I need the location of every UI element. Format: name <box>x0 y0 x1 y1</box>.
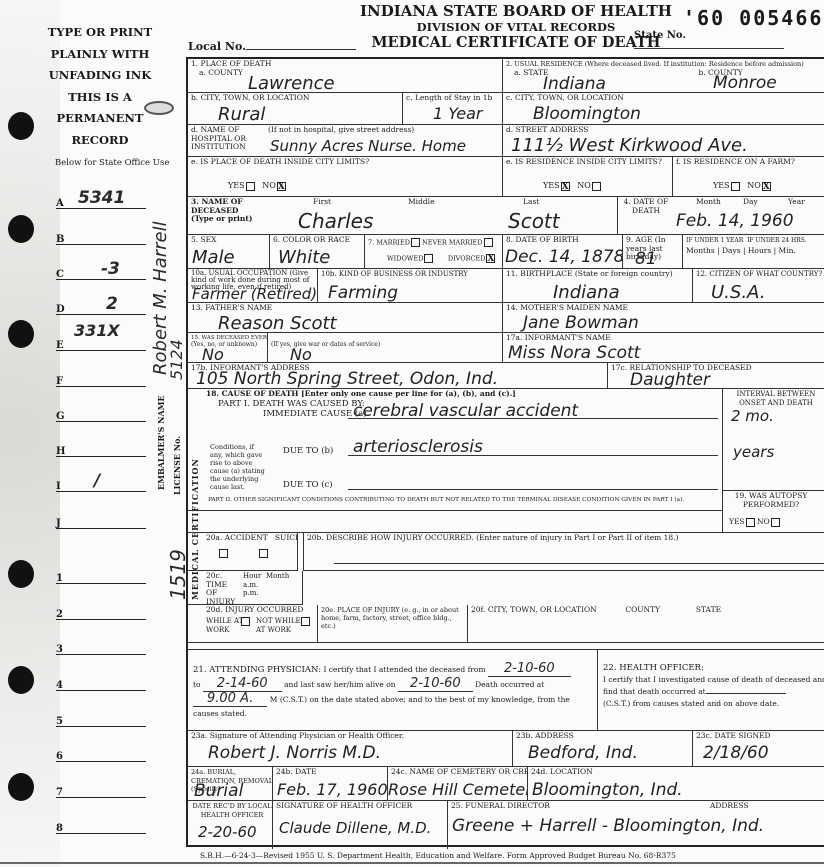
instruction-line: UNFADING INK <box>45 65 155 87</box>
punch-hole <box>8 773 34 801</box>
code-key: 2 <box>56 609 63 620</box>
punch-hole <box>8 666 34 694</box>
due-to-b-value[interactable]: arteriosclerosis <box>353 437 483 457</box>
instruction-line: PLAINLY WITH <box>45 44 155 66</box>
date-of-birth-value: Dec. 14, 1878 <box>505 247 623 267</box>
residence-street-value: 111½ West Kirkwood Ave. <box>511 135 748 156</box>
place-inside-city-no-checkbox[interactable]: X <box>277 182 286 191</box>
date-of-death-value: Feb. 14, 1960 <box>676 211 794 231</box>
residence-street-cell[interactable]: d. STREET ADDRESS 111½ West Kirkwood Ave… <box>503 125 824 157</box>
residence-farm-cell: f. IS RESIDENCE ON A FARM? YES NOX <box>673 157 824 197</box>
interval-b-value: years <box>733 443 774 461</box>
instruction-line: THIS IS A <box>45 87 155 109</box>
residence-state-value: Indiana <box>543 74 606 93</box>
hospital-value: Sunny Acres Nurse. Home <box>270 137 466 155</box>
burial-location-cell[interactable]: 24d. LOCATION Bloomington, Ind. <box>528 767 824 801</box>
number-line-4[interactable]: 4 <box>56 677 146 691</box>
date-of-birth-cell[interactable]: 8. DATE OF BIRTH Dec. 14, 1878 <box>503 235 623 269</box>
length-of-stay-cell[interactable]: c. Length of Stay in 1b 1 Year <box>403 93 503 125</box>
code-line-b[interactable]: B <box>56 231 146 245</box>
place-county-cell[interactable]: 1. PLACE OF DEATHa. COUNTY Lawrence <box>188 59 503 93</box>
place-inside-city-yes-checkbox[interactable] <box>246 182 255 191</box>
place-inside-city-cell: e. IS PLACE OF DEATH INSIDE CITY LIMITS?… <box>188 157 503 197</box>
punch-hole <box>8 215 34 243</box>
autopsy-no-checkbox[interactable] <box>771 518 780 527</box>
autopsy-yes-checkbox[interactable] <box>746 518 755 527</box>
place-city-cell[interactable]: b. CITY, TOWN, OR LOCATION Rural <box>188 93 403 125</box>
date-signed-cell[interactable]: 23c. DATE SIGNED 2/18/60 <box>693 731 824 767</box>
code-key: E <box>56 340 64 351</box>
attended-to-value[interactable]: 2-14-60 <box>203 676 282 692</box>
physician-signature-value: Robert J. Norris M.D. <box>208 743 381 763</box>
number-line-1[interactable]: 1 <box>56 570 146 584</box>
relationship-cell[interactable]: 17c. RELATIONSHIP TO DECEASED Daughter <box>608 363 824 389</box>
certificate-number: '60 005466 <box>683 6 823 30</box>
certificate-title: MEDICAL CERTIFICATE OF DEATH <box>360 34 672 51</box>
punch-hole <box>8 112 34 140</box>
immediate-cause-value[interactable]: cerebral vascular accident <box>353 401 578 421</box>
code-key: 6 <box>56 751 63 762</box>
local-no-field[interactable]: Local No. <box>188 40 356 53</box>
informant-address-cell[interactable]: 17b. INFORMANT'S ADDRESS 105 North Sprin… <box>188 363 608 389</box>
seal-icon <box>144 101 174 115</box>
occupation-cell[interactable]: 10a. USUAL OCCUPATION (Give kind of work… <box>188 269 318 303</box>
armed-service-cell[interactable]: (If yes, give war or dates of service) N… <box>268 333 503 363</box>
code-value: 5341 <box>78 188 125 208</box>
marital-status-cell: 7. MARRIED NEVER MARRIED WIDOWED DIVORCE… <box>365 235 503 269</box>
health-officer-time-field[interactable] <box>706 693 786 694</box>
widowed-checkbox[interactable] <box>424 254 433 263</box>
injury-location-cell[interactable]: 20f. CITY, TOWN, OR LOCATION COUNTY STAT… <box>468 605 824 643</box>
residence-city-cell[interactable]: c. CITY, TOWN, OR LOCATION Bloomington <box>503 93 824 125</box>
burial-location-value: Bloomington, Ind. <box>532 780 683 800</box>
farm-yes-checkbox[interactable] <box>731 182 740 191</box>
code-key: 3 <box>56 644 63 655</box>
code-key: J <box>56 518 61 529</box>
part2-cell[interactable] <box>188 511 723 533</box>
code-key: B <box>56 234 64 245</box>
attended-from-value[interactable]: 2-10-60 <box>488 661 571 677</box>
physician-signature-cell[interactable]: 23a. Signature of Attending Physician or… <box>188 731 513 767</box>
cause-of-death-cell: 18. CAUSE OF DEATH [Enter only one cause… <box>188 389 723 511</box>
not-while-at-work-checkbox[interactable] <box>301 617 310 626</box>
burial-date-value: Feb. 17, 1960 <box>277 780 388 799</box>
health-officer-signature-value: Claude Dillene, M.D. <box>279 819 431 837</box>
sex-cell[interactable]: 5. SEX Male <box>188 235 270 269</box>
residence-city-value: Bloomington <box>533 104 641 124</box>
relationship-value: Daughter <box>630 370 710 389</box>
interval-cell[interactable]: INTERVAL BETWEEN ONSET AND DEATH 2 mo. y… <box>723 389 824 491</box>
number-line-6[interactable]: 6 <box>56 748 146 762</box>
code-key: 4 <box>56 680 63 691</box>
state-no-label: State No. <box>634 30 686 41</box>
burial-date-cell[interactable]: 24b. DATE Feb. 17, 1960 <box>273 767 388 801</box>
burial-value: Burial <box>194 781 243 801</box>
citizenship-value: U.S.A. <box>711 282 765 303</box>
injury-occurred-cell: 20d. INJURY OCCURRED WHILE AT WORK NOT W… <box>188 605 318 643</box>
number-line-2[interactable]: 2 <box>56 606 146 620</box>
injury-type-cell: 20a. ACCIDENT SUICIDE HOMICIDE <box>188 533 298 571</box>
citizenship-cell[interactable]: 12. CITIZEN OF WHAT COUNTRY? U.S.A. <box>693 269 824 303</box>
place-of-injury-cell[interactable]: 20e. PLACE OF INJURY (e. g., in or about… <box>318 605 468 643</box>
code-line-a[interactable]: A5341 <box>56 195 146 209</box>
code-line-f[interactable]: F <box>56 373 146 387</box>
last-name-value: Scott <box>508 209 560 233</box>
informant-name-value: Miss Nora Scott <box>508 343 640 363</box>
father-name-value: Reason Scott <box>218 313 337 333</box>
date-received-value: 2-20-60 <box>198 823 257 841</box>
code-key: A <box>56 198 64 209</box>
birthplace-cell[interactable]: 11. BIRTHPLACE (State or foreign country… <box>503 269 693 303</box>
attending-physician-cell: 21. ATTENDING PHYSICIAN: I certify that … <box>188 649 598 731</box>
death-time-value[interactable]: 9.00 A. <box>193 691 267 707</box>
autopsy-cell: 19. WAS AUTOPSY PERFORMED? YES NO <box>723 491 824 533</box>
instruction-line: PERMANENT <box>45 108 155 130</box>
due-to-c-field[interactable] <box>348 489 718 490</box>
code-key: 8 <box>56 823 63 834</box>
informant-address-value: 105 North Spring Street, Odon, Ind. <box>196 369 498 389</box>
length-of-stay-value: 1 Year <box>433 104 483 123</box>
interval-a-value: 2 mo. <box>731 407 774 425</box>
code-value: / <box>94 471 100 491</box>
code-key: D <box>56 304 65 315</box>
number-line-5[interactable]: 5 <box>56 713 146 727</box>
while-at-work-checkbox[interactable] <box>241 617 250 626</box>
embalmer-license: 5124 <box>167 339 186 380</box>
number-line-7[interactable]: 7 <box>56 784 146 798</box>
date-signed-value: 2/18/60 <box>703 743 769 763</box>
burial-cell[interactable]: 24a. BURIAL, CREMATION, REMOVAL (Specify… <box>188 767 273 801</box>
code-key: 5 <box>56 716 63 727</box>
code-line-e[interactable]: E331X <box>56 337 146 351</box>
code-key: I <box>56 481 61 492</box>
punch-hole <box>8 320 34 348</box>
code-key: 1 <box>56 573 63 584</box>
under-age-cell: IF UNDER 1 YEAR IF UNDER 24 HRS. Months … <box>683 235 824 269</box>
funeral-director-cell[interactable]: 25. FUNERAL DIRECTORADDRESS Greene + Har… <box>448 801 824 849</box>
industry-cell[interactable]: 10b. KIND OF BUSINESS OR INDUSTRY Farmin… <box>318 269 503 303</box>
residence-inside-city-cell: e. IS RESIDENCE INSIDE CITY LIMITS? YESX… <box>503 157 673 197</box>
local-no-label: Local No. <box>188 40 246 53</box>
age-cell[interactable]: 9. AGE (In years last birthday) 81 <box>623 235 683 269</box>
code-line-h[interactable]: H <box>56 443 146 457</box>
armed-service-value: No <box>290 345 312 363</box>
page-bottom-rule <box>0 862 824 864</box>
time-of-injury-cell[interactable]: 20c. TIME OF INJURY Hour a.m. p.m. Month <box>188 571 303 605</box>
age-value: 81 <box>635 249 657 269</box>
state-office-label: Below for State Office Use <box>55 158 169 168</box>
cemetery-value: Rose Hill Cemetery <box>388 780 528 799</box>
code-line-d[interactable]: D2 <box>56 301 146 315</box>
code-line-c[interactable]: C-3 <box>56 266 146 280</box>
license-label: LICENSE No. <box>172 436 182 495</box>
code-line-j[interactable]: J <box>56 515 146 529</box>
residence-county-value: Monroe <box>713 73 777 93</box>
first-name-value: Charles <box>298 209 373 233</box>
never-married-checkbox[interactable] <box>484 238 493 247</box>
occupation-value: Farmer (Retired) <box>192 285 317 303</box>
health-officer-cell: 22. HEALTH OFFICER: I certify that I inv… <box>598 649 824 731</box>
code-key: H <box>56 446 65 457</box>
sex-value: Male <box>192 247 235 268</box>
mother-name-cell[interactable]: 14. MOTHER'S MAIDEN NAME Jane Bowman <box>503 303 824 333</box>
certificate-form: 1. PLACE OF DEATHa. COUNTY Lawrence 2. U… <box>186 57 824 847</box>
residence-inside-city-yes-checkbox[interactable]: X <box>561 182 570 191</box>
last-saw-value[interactable]: 2-10-60 <box>398 676 473 692</box>
place-county-value: Lawrence <box>248 73 335 93</box>
date-of-death-cell[interactable]: 4. DATE OF DEATH Month Day Year Feb. 14,… <box>618 197 824 235</box>
mother-name-value: Jane Bowman <box>523 313 639 333</box>
health-officer-signature-cell[interactable]: SIGNATURE OF HEALTH OFFICER Claude Dille… <box>273 801 448 849</box>
physician-address-cell[interactable]: 23b. ADDRESS Bedford, Ind. <box>513 731 693 767</box>
birthplace-value: Indiana <box>553 282 620 303</box>
farm-no-checkbox[interactable]: X <box>762 182 771 191</box>
code-value: 2 <box>106 294 118 314</box>
accident-checkbox[interactable] <box>219 549 228 558</box>
residence-state-county-cell[interactable]: 2. USUAL RESIDENCE (Where deceased lived… <box>503 59 824 93</box>
armed-forces-cell[interactable]: 15. WAS DECEASED EVER IN U. S. ARMED FOR… <box>188 333 268 363</box>
armed-forces-value: No <box>202 345 224 363</box>
code-key: F <box>56 376 63 387</box>
hospital-cell[interactable]: d. NAME OF HOSPITAL OR INSTITUTION (If n… <box>188 125 503 157</box>
instruction-line: TYPE OR PRINT <box>45 22 155 44</box>
division-title: DIVISION OF VITAL RECORDS <box>360 20 672 34</box>
instruction-line: RECORD <box>45 130 155 152</box>
injury-describe-cell[interactable]: 20b. DESCRIBE HOW INJURY OCCURRED. (Ente… <box>303 533 824 571</box>
code-line-i[interactable]: I/ <box>56 478 146 492</box>
informant-name-cell[interactable]: 17a. INFORMANT'S NAME Miss Nora Scott <box>503 333 824 363</box>
form-footer: S.B.H.—6-24-3—Revised 1955 U. S. Departm… <box>200 851 676 860</box>
divorced-checkbox[interactable]: X <box>486 254 495 263</box>
embalmer-name-label: EMBALMER'S NAME <box>156 395 166 490</box>
father-name-cell[interactable]: 13. FATHER'S NAME Reason Scott <box>188 303 503 333</box>
instructions-block: TYPE OR PRINT PLAINLY WITH UNFADING INK … <box>45 22 155 151</box>
form-header: INDIANA STATE BOARD OF HEALTH DIVISION O… <box>360 2 672 51</box>
code-key: G <box>56 411 65 422</box>
number-line-3[interactable]: 3 <box>56 641 146 655</box>
number-line-8[interactable]: 8 <box>56 820 146 834</box>
code-value: -3 <box>101 259 120 279</box>
code-line-g[interactable]: G <box>56 408 146 422</box>
physician-address-value: Bedford, Ind. <box>528 743 638 763</box>
race-value: White <box>278 247 330 268</box>
suicide-checkbox[interactable] <box>259 549 268 558</box>
married-checkbox[interactable] <box>411 238 420 247</box>
code-key: 7 <box>56 787 63 798</box>
board-title: INDIANA STATE BOARD OF HEALTH <box>360 2 672 20</box>
code-value: 331X <box>74 321 120 340</box>
residence-inside-city-no-checkbox[interactable] <box>592 182 601 191</box>
industry-value: Farming <box>328 283 398 303</box>
state-no-field[interactable]: State No. <box>634 30 824 52</box>
punch-hole <box>8 560 34 588</box>
code-key: C <box>56 269 64 280</box>
date-received-cell[interactable]: DATE REC'D BY LOCAL HEALTH OFFICER 2-20-… <box>188 801 273 849</box>
funeral-director-value: Greene + Harrell - Bloomington, Ind. <box>452 816 764 836</box>
deceased-name-cell[interactable]: 3. NAME OF DECEASED (Type or print) Firs… <box>188 197 618 235</box>
race-cell[interactable]: 6. COLOR OR RACE White <box>270 235 365 269</box>
place-city-value: Rural <box>218 104 265 125</box>
cemetery-cell[interactable]: 24c. NAME OF CEMETERY OR CREMATORY Rose … <box>388 767 528 801</box>
